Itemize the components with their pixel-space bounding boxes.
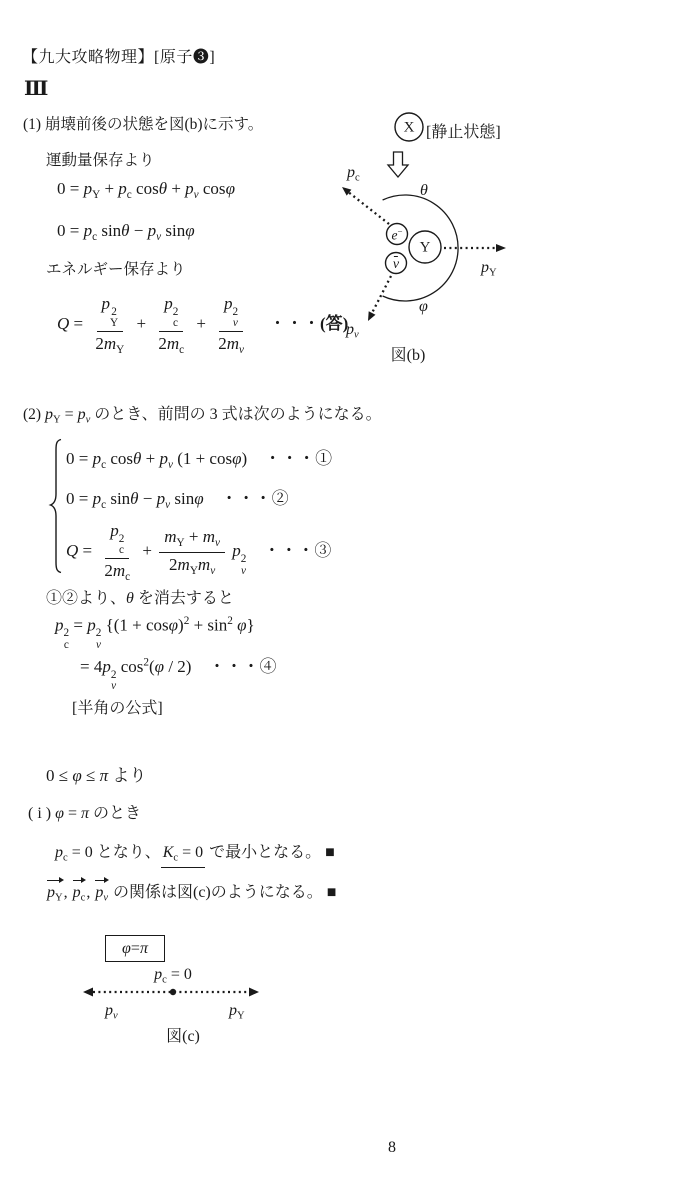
eq-momentum-y: 0 = pc sinθ − pν sinφ [57, 221, 195, 243]
pv-arrowhead-icon [368, 311, 376, 321]
part2-line: (2) pY = pν のとき、前問の 3 式は次のようになる。 [23, 401, 382, 426]
part1-line: (1) 崩壊前後の状態を図(b)に示す。 [23, 112, 263, 134]
pc-zero-label: pc = 0 [154, 966, 192, 986]
py-arrowhead-icon [496, 244, 506, 252]
eq-energy: Q = p2Y2mY + p2c2mc + p2ν2mν ・・・(答) [57, 293, 348, 358]
eq-pc-squared-2: = 4p2ν cos2(φ / 2) ・・・④ [80, 652, 276, 693]
right-arrowhead-icon [249, 988, 259, 997]
system-brace-icon [48, 438, 64, 574]
equation-system: 0 = pc cosθ + pν (1 + cosφ) ・・・① 0 = pc … [48, 438, 448, 578]
page-title: 【九大攻略物理】[原子❸] [22, 44, 215, 67]
py-label: pY [481, 259, 497, 279]
left-arrowhead-icon [83, 988, 93, 997]
figure-b: X [静止状態] pc θ pY φ pν e− Y ν 図(b) [333, 100, 538, 365]
system-eq2: 0 = pc sinθ − pν sinφ ・・・② [66, 484, 289, 511]
figure-b-caption: 図(b) [378, 342, 438, 365]
part1-intro-text: 崩壊前後の状態を図(b)に示す。 [45, 116, 263, 133]
phi-label: φ [419, 298, 428, 316]
nucleus-y-label: Y [420, 240, 431, 257]
nucleus-x-label: X [404, 120, 415, 137]
antineutrino-label: ν [393, 257, 399, 273]
page-number: 8 [388, 1139, 396, 1157]
energy-heading: エネルギー保存より [46, 257, 186, 279]
eq-momentum-x: 0 = pY + pc cosθ + pν cosφ [57, 179, 235, 201]
pc-label: pc [347, 164, 360, 184]
pv-arrow-line [372, 276, 391, 313]
part2-label: (2) [23, 406, 45, 423]
theta-label: θ [420, 182, 428, 200]
part2-intro-text: pY = pν のとき、前問の 3 式は次のようになる。 [45, 406, 382, 423]
result-kc-line: pc = 0 となり、Kc = 0 で最小となる。 ■ [55, 839, 335, 868]
eq-pc-squared: p2c = p2ν {(1 + cosφ)2 + sin2 φ} [55, 615, 255, 652]
rest-state-label: [静止状態] [426, 119, 501, 142]
section-heading: Ⅲ [24, 76, 48, 101]
decay-arrow-icon [388, 152, 408, 177]
phi-pi-box: φ = π [105, 935, 165, 962]
figure-c-caption: 図(c) [153, 1023, 213, 1046]
momentum-heading: 運動量保存より [46, 148, 155, 170]
document-page: 【九大攻略物理】[原子❸] Ⅲ (1) 崩壊前後の状態を図(b)に示す。 運動量… [0, 0, 675, 1200]
part1-label: (1) [23, 116, 45, 133]
figure-c: φ = π pc = 0 pν pY 図(c) [83, 930, 288, 1045]
elimination-line: ①②より、θ を消去すると [46, 585, 234, 608]
result-vectors-line: pY, pc, pν の関係は図(c)のようになる。 ■ [46, 879, 336, 904]
half-angle-note: [半角の公式] [72, 695, 163, 718]
pv-label: pν [346, 321, 359, 341]
pc-arrow-line [349, 193, 389, 224]
case-i-line: ( i ) φ = π のとき [28, 800, 141, 823]
pv-label-c: pν [105, 1002, 118, 1022]
system-eq3: Q = p2c2mc + mY + mν2mYmν p2ν ・・・③ [66, 520, 331, 585]
phi-range-line: 0 ≤ φ ≤ π より [46, 761, 146, 786]
electron-label: e− [391, 226, 402, 243]
py-label-c: pY [229, 1002, 245, 1022]
origin-dot [170, 989, 176, 995]
system-eq1: 0 = pc cosθ + pν (1 + cosφ) ・・・① [66, 444, 332, 471]
